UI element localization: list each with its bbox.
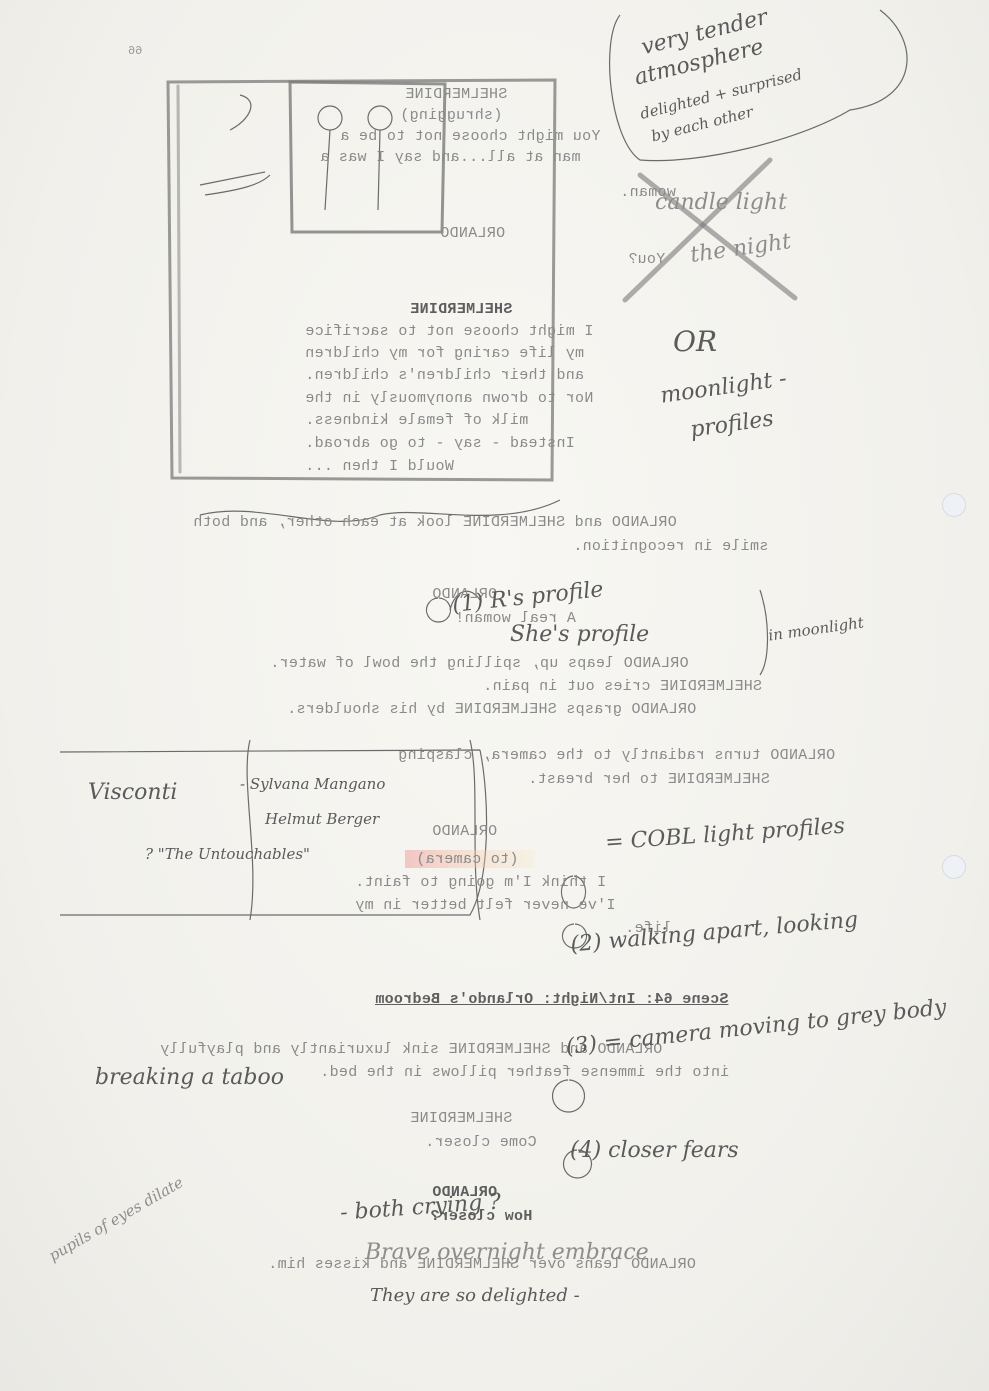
dialogue-line: I've never felt better in my	[355, 896, 615, 915]
character-orlando-3: ORLANDO	[432, 822, 497, 841]
action-line: ORLANDO leaps up, spilling the bowl of w…	[270, 654, 689, 673]
script-page: 66 SHE	[0, 0, 989, 1391]
dialogue-line: Nor to drown anonymously in the	[305, 389, 593, 408]
dialogue-line: Instead - say - to go abroad.	[305, 434, 575, 453]
dialogue-line: You might choose not to be a	[340, 127, 600, 146]
note-visconti: Visconti	[88, 780, 177, 805]
scene-heading: Scene 64: Int/Night: Orlando's Bedroom	[375, 990, 728, 1009]
note-crossed-night: the night	[689, 229, 793, 268]
note-so-delighted: They are so delighted -	[370, 1285, 580, 1306]
dialogue-line: my life caring for my children	[305, 344, 584, 363]
dialogue-line: milk of female kindness.	[305, 411, 528, 430]
character-shelmerdine-1: SHELMERDINE	[405, 85, 507, 104]
character-shelmerdine-3: SHELMERDINE	[410, 1109, 512, 1128]
dialogue-line: I might choose not to sacrifice	[305, 322, 593, 341]
dialogue-line: man at all...and say I was a	[320, 148, 580, 167]
note-in-moonlight: in moonlight	[767, 613, 865, 644]
action-line: into the immense feather pillows in the …	[320, 1063, 729, 1082]
dialogue-line: I think I'm going to faint.	[355, 873, 606, 892]
note-moonlight: moonlight -	[659, 366, 788, 408]
note-or: OR	[673, 325, 717, 358]
dialogue-line: and their children's children.	[305, 366, 584, 385]
note-cobl-light: = COBL light profiles	[604, 814, 845, 856]
note-untouchables: ? "The Untouchables"	[145, 845, 310, 863]
note-embrace: Brave overnight embrace	[365, 1240, 649, 1265]
dialogue-line: Would I then ...	[305, 457, 454, 476]
page-number: 66	[128, 44, 142, 58]
punch-hole-bottom	[942, 855, 966, 879]
dialogue-line: You?	[628, 250, 665, 269]
note-closer-fears: (4) closer fears	[570, 1138, 739, 1163]
note-berger: Helmut Berger	[265, 810, 379, 828]
character-shelmerdine-2: SHELMERDINE	[410, 300, 512, 319]
dialogue-line: Come closer.	[425, 1133, 537, 1152]
parenthetical-to-camera: (to camera)	[416, 850, 518, 869]
action-line: SHELMERDINE to her breast.	[528, 770, 770, 789]
note-shes-profile: She's profile	[510, 622, 649, 647]
action-line: SHELMERDINE cries out in pain.	[483, 677, 762, 696]
parenthetical-shrugging: (shrugging)	[400, 106, 502, 125]
note-crossed-candle-light: candle light	[655, 190, 787, 215]
note-profiles: profiles	[689, 406, 776, 442]
action-line: ORLANDO and SHELMERDINE look at each oth…	[193, 513, 677, 532]
action-line: ORLANDO grasps SHELMERDINE by his should…	[287, 700, 696, 719]
action-line: ORLANDO turns radiantly to the camera, c…	[398, 746, 835, 765]
note-mangano: - Sylvana Mangano	[240, 775, 385, 793]
punch-hole-top	[942, 493, 966, 517]
note-breaking-taboo: breaking a taboo	[95, 1065, 284, 1090]
note-pupils: pupils of eyes dilate	[46, 1173, 187, 1265]
character-orlando-1: ORLANDO	[440, 224, 505, 243]
action-line: smile in recognition.	[573, 537, 768, 556]
